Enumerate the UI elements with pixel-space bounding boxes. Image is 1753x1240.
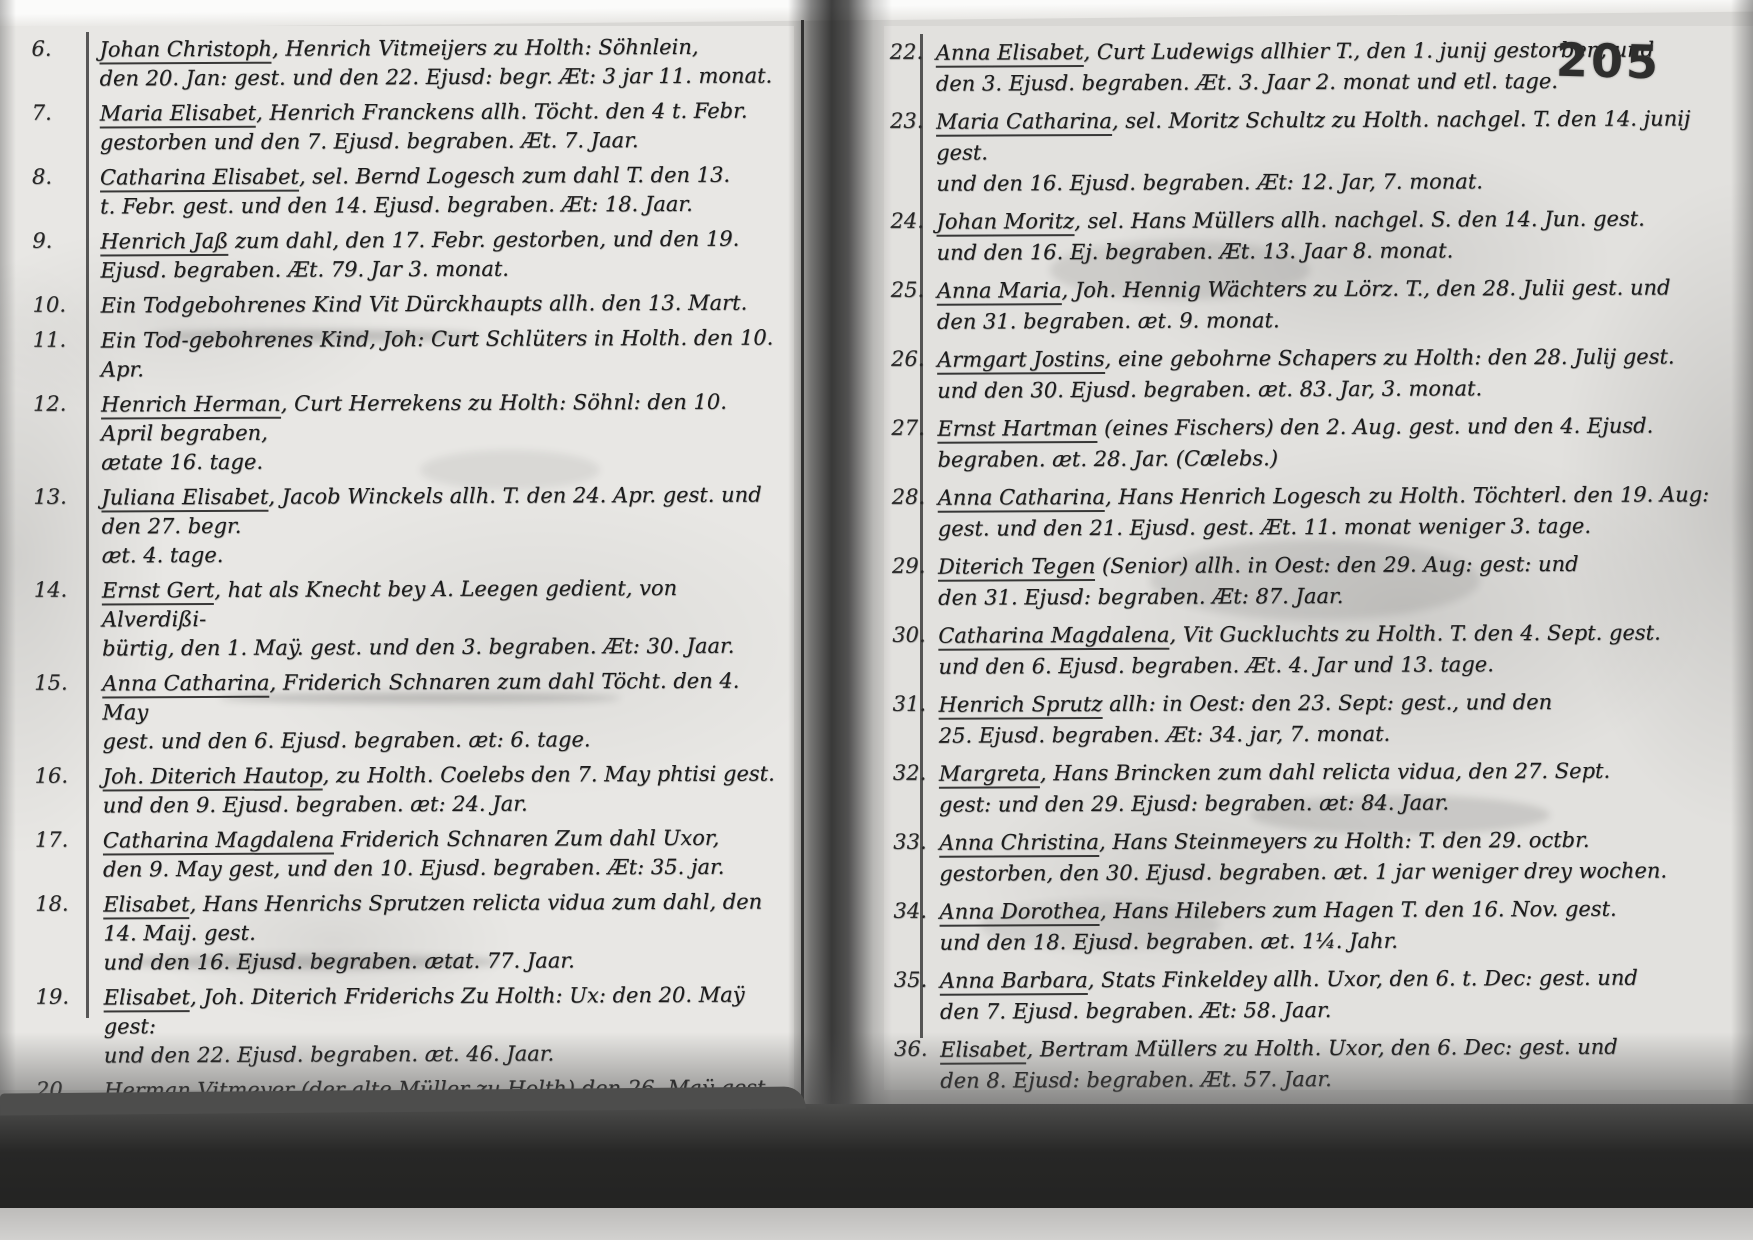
entry-name: Catharina Elisabet (100, 165, 299, 193)
entry-name: Anna Catharina (102, 671, 269, 699)
folio-number-stamp: 205 (1555, 33, 1661, 90)
register-entry: 33. Anna Christina, Hans Steinmeyers zu … (939, 824, 1719, 889)
book-bottom-edge-band (0, 1104, 1753, 1212)
entry-number: 28. (892, 485, 926, 509)
entry-name: Catharina Magdalena (938, 623, 1169, 651)
register-entry: 35. Anna Barbara, Stats Finkeldey allh. … (940, 962, 1720, 1027)
register-entry: 9. Henrich Jaß zum dahl, den 17. Febr. g… (100, 225, 776, 286)
entry-line1-rest: zum dahl, den 17. Febr. gestorben, und d… (228, 227, 739, 253)
entry-name: Armgart Jostins (937, 347, 1105, 375)
entry-number: 27. (891, 416, 925, 440)
left-page: 6. Johan Christoph, Henrich Vitmeijers z… (0, 26, 794, 1090)
entry-line2: gest. und den 6. Ejusd. begraben. æt: 6.… (102, 725, 778, 757)
register-entry: 26. Armgart Jostins, eine gebohrne Schap… (937, 341, 1717, 406)
entry-line1-rest: , Hans Henrich Logesch zu Holth. Töchter… (1105, 482, 1709, 509)
entry-line2: den 7. Ejusd. begraben. Æt: 58. Jaar. (940, 993, 1720, 1027)
entry-number: 17. (35, 828, 69, 852)
entry-line2: gestorben, den 30. Ejusd. begraben. æt. … (939, 855, 1719, 889)
entry-line2: bürtig, den 1. Maÿ. gest. und den 3. beg… (102, 632, 778, 664)
entry-name: Johan Moritz (936, 209, 1074, 237)
entry-line1: Anna Barbara, Stats Finkeldey allh. Uxor… (940, 962, 1720, 996)
entry-line2: den 31. begraben. æt. 9. monat. (937, 303, 1717, 337)
entry-line1: Elisabet, Hans Henrichs Sprutzen relicta… (103, 888, 779, 949)
entry-line1-rest: , Henrich Franckens allh. Töcht. den 4 t… (256, 99, 748, 125)
entry-line1-rest: Friderich Schnaren Zum dahl Uxor, (334, 826, 719, 852)
entry-line1: Johan Christoph, Henrich Vitmeijers zu H… (99, 33, 775, 65)
entry-number: 22. (890, 40, 924, 64)
entry-number: 14. (34, 578, 68, 602)
entry-name: Henrich Jaß (100, 229, 228, 257)
register-entry: 16. Joh. Diterich Hautop, zu Holth. Coel… (103, 760, 779, 821)
entry-number: 23. (890, 109, 924, 133)
ink-smudge (220, 693, 620, 703)
entry-number: 29. (892, 554, 926, 578)
register-entry: 10. Ein Todgebohrenes Kind Vit Dürckhaup… (101, 289, 777, 321)
entry-line1: Henrich Herman, Curt Herrekens zu Holth:… (101, 388, 777, 449)
register-entry: 25. Anna Maria, Joh. Hennig Wächters zu … (937, 272, 1717, 337)
register-entry: 6. Johan Christoph, Henrich Vitmeijers z… (99, 33, 775, 94)
entry-line1: Maria Catharina, sel. Moritz Schultz zu … (936, 103, 1716, 168)
entry-name: Anna Maria (937, 278, 1062, 306)
register-entry: 30. Catharina Magdalena, Vit Guckluchts … (938, 617, 1718, 682)
entry-line1-rest: , zu Holth. Coelebs den 7. May phtisi ge… (323, 762, 775, 788)
ink-smudge (120, 955, 500, 969)
entry-name: Diterich Tegen (938, 554, 1095, 582)
entry-number: 19. (36, 985, 70, 1009)
scanned-church-register-spread: 6. Johan Christoph, Henrich Vitmeijers z… (0, 0, 1753, 1240)
entry-name: Elisabet (104, 985, 190, 1012)
entry-line2: t. Febr. gest. und den 14. Ejusd. begrab… (100, 190, 776, 222)
register-entry: 8. Catharina Elisabet, sel. Bernd Logesc… (100, 161, 776, 222)
entry-line1-rest: , sel. Bernd Logesch zum dahl T. den 13. (299, 163, 730, 189)
entry-line2: und den 9. Ejusd. begraben. æt: 24. Jar. (103, 789, 779, 821)
entry-line1: Henrich Jaß zum dahl, den 17. Febr. gest… (100, 225, 776, 257)
entry-line1: Juliana Elisabet, Jacob Winckels allh. T… (101, 481, 777, 542)
entry-name: Anna Barbara (940, 968, 1088, 996)
entry-line2: und den 30. Ejusd. begraben. æt. 83. Jar… (937, 372, 1717, 406)
register-entry: 17. Catharina Magdalena Friderich Schnar… (103, 824, 779, 885)
entry-number: 31. (893, 692, 927, 716)
entry-number: 34. (893, 899, 927, 923)
entry-name: Maria Elisabet (100, 101, 256, 129)
entry-number: 9. (32, 229, 52, 253)
entry-line1: Armgart Jostins, eine gebohrne Schapers … (937, 341, 1717, 375)
ink-smudge (150, 330, 480, 342)
register-entry: 27. Ernst Hartman (eines Fischers) den 2… (937, 410, 1717, 475)
ink-bleedthrough (1150, 540, 1480, 620)
entry-number: 15. (34, 671, 68, 695)
entry-line1-rest: Ein Todgebohrenes Kind Vit Dürckhaupts a… (101, 291, 748, 318)
entry-line1: Henrich Sprutz allh: in Oest: den 23. Se… (939, 686, 1719, 720)
entry-number: 16. (35, 764, 69, 788)
entry-number: 18. (35, 892, 69, 916)
entry-line1-rest: , Joh. Diterich Friderichs Zu Holth: Ux:… (104, 983, 745, 1039)
entry-line1: Joh. Diterich Hautop, zu Holth. Coelebs … (103, 760, 779, 792)
entry-number: 35. (894, 968, 928, 992)
entry-number: 12. (33, 392, 67, 416)
entry-line1: Catharina Elisabet, sel. Bernd Logesch z… (100, 161, 776, 193)
entry-name: Juliana Elisabet (101, 485, 268, 513)
register-entry: 7. Maria Elisabet, Henrich Franckens all… (100, 97, 776, 158)
register-entry: 31. Henrich Sprutz allh: in Oest: den 23… (939, 686, 1719, 751)
entry-name: Henrich Herman (101, 392, 281, 420)
entry-name: Anna Elisabet (936, 40, 1084, 68)
entry-line2: den 20. Jan: gest. und den 22. Ejusd: be… (100, 62, 776, 94)
ink-bleedthrough (1050, 240, 1310, 300)
register-entry: 14. Ernst Gert, hat als Knecht bey A. Le… (102, 574, 778, 664)
register-entry: 24. Johan Moritz, sel. Hans Müllers allh… (936, 203, 1716, 268)
entry-number: 33. (893, 830, 927, 854)
ink-bleedthrough (420, 450, 600, 490)
entry-line1-rest: , sel. Hans Müllers allh. nachgel. S. de… (1074, 207, 1645, 233)
entry-line1-rest: , eine gebohrne Schapers zu Holth: den 2… (1105, 344, 1675, 370)
entry-name: Ernst Gert (102, 578, 215, 605)
register-entry: 13. Juliana Elisabet, Jacob Winckels all… (101, 481, 777, 571)
entry-number: 24. (890, 209, 924, 233)
right-margin-rule (920, 34, 923, 1038)
entry-line2: und den 16. Ejusd. begraben. Æt: 12. Jar… (936, 165, 1716, 199)
entry-number: 8. (32, 165, 52, 189)
left-margin-rule (86, 32, 89, 1018)
entry-line1: Catharina Magdalena, Vit Guckluchts zu H… (938, 617, 1718, 651)
entry-line1-rest: , Henrich Vitmeijers zu Holth: Söhnlein, (272, 35, 699, 61)
register-entry: 23. Maria Catharina, sel. Moritz Schultz… (936, 103, 1716, 199)
entry-name: Maria Catharina (936, 109, 1112, 137)
entry-line2: und den 6. Ejusd. begraben. Æt. 4. Jar u… (938, 648, 1718, 682)
entry-name: Henrich Sprutz (939, 692, 1103, 720)
entry-line1-rest: (eines Fischers) den 2. Aug. gest. und d… (1097, 414, 1653, 440)
entry-number: 32. (893, 761, 927, 785)
entry-number: 10. (33, 293, 67, 317)
entry-line1-rest: , Vit Guckluchts zu Holth. T. den 4. Sep… (1169, 621, 1660, 647)
entry-line1: Anna Catharina, Hans Henrich Logesch zu … (938, 479, 1718, 513)
entry-line1-rest: , Stats Finkeldey allh. Uxor, den 6. t. … (1088, 966, 1638, 992)
ink-bleedthrough (1250, 795, 1550, 835)
register-entry: 15. Anna Catharina, Friderich Schnaren z… (102, 667, 778, 757)
entry-name: Margreta (939, 761, 1040, 788)
entry-line1-rest: , Hans Henrichs Sprutzen relicta vidua z… (103, 890, 762, 946)
entry-name: Johan Christoph (99, 37, 272, 65)
entry-number: 25. (891, 278, 925, 302)
entry-number: 26. (891, 347, 925, 371)
entry-name: Joh. Diterich Hautop (103, 764, 323, 792)
entry-line1-rest: , Hans Brincken zum dahl relicta vidua, … (1040, 759, 1610, 785)
entry-name: Elisabet (103, 892, 189, 919)
ink-bleedthrough (980, 900, 1220, 950)
entry-name: Anna Christina (939, 830, 1099, 858)
entry-line2: Ejusd. begraben. Æt. 79. Jar 3. monat. (100, 254, 776, 286)
entry-number: 7. (32, 101, 52, 125)
entry-name: Ernst Hartman (937, 416, 1097, 444)
entry-line2: 25. Ejusd. begraben. Æt: 34. jar, 7. mon… (939, 717, 1719, 751)
entry-line2: æt. 4. tage. (102, 539, 778, 571)
entry-line2: den 9. May gest, und den 10. Ejusd. begr… (103, 853, 779, 885)
entry-line2: gestorben und den 7. Ejusd. begraben. Æt… (100, 126, 776, 158)
entry-line1: Maria Elisabet, Henrich Franckens allh. … (100, 97, 776, 129)
register-entry: 28. Anna Catharina, Hans Henrich Logesch… (938, 479, 1718, 544)
entry-name: Catharina Magdalena (103, 827, 334, 855)
entry-line1: Margreta, Hans Brincken zum dahl relicta… (939, 755, 1719, 789)
entry-number: 30. (892, 623, 926, 647)
entry-line1: Ernst Hartman (eines Fischers) den 2. Au… (937, 410, 1717, 444)
entry-number: 13. (33, 485, 67, 509)
entry-name: Anna Catharina (938, 485, 1105, 513)
entry-line1: Ernst Gert, hat als Knecht bey A. Leegen… (102, 574, 778, 635)
entry-number: 6. (31, 37, 51, 61)
entry-line1-rest: allh: in Oest: den 23. Sept: gest., und … (1102, 690, 1552, 716)
entry-line1: Ein Todgebohrenes Kind Vit Dürckhaupts a… (101, 289, 777, 321)
entry-line1: Johan Moritz, sel. Hans Müllers allh. na… (936, 203, 1716, 237)
entry-number: 11. (33, 328, 67, 352)
entry-line1: Catharina Magdalena Friderich Schnaren Z… (103, 824, 779, 856)
scanner-bottom-strip (0, 1208, 1753, 1240)
entry-line2: begraben. æt. 28. Jar. (Cælebs.) (937, 441, 1717, 475)
